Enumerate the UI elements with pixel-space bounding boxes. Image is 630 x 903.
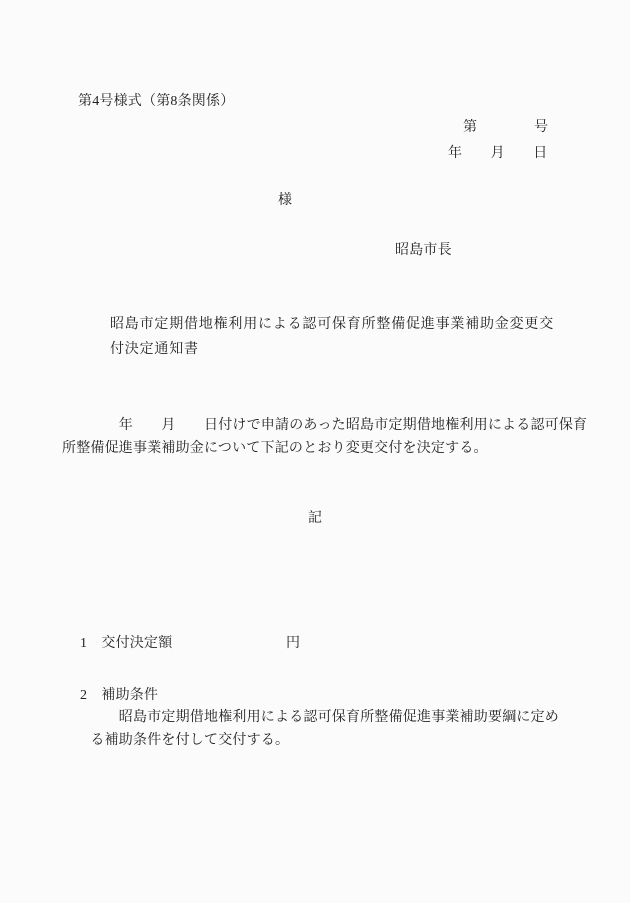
clause-grant-amount: 1 交付決定額 円: [80, 636, 300, 652]
document-number-blank-line: 第 号: [463, 120, 548, 136]
body-paragraph-line1: 年 月 日付けで申請のあった昭島市定期借地権利用による認可保育: [62, 418, 587, 434]
addressee-honorific: 様: [278, 193, 292, 209]
clause-conditions-line1: 昭島市定期借地権利用による認可保育所整備促進事業補助要綱に定め: [62, 710, 559, 726]
document-page: 第4号様式（第8条関係） 第 号 年 月 日 様 昭島市長 昭島市定期借地権利用…: [0, 0, 630, 903]
clause-conditions-line2: る補助条件を付して交付する。: [62, 733, 289, 749]
document-title-line1: 昭島市定期借地権利用による認可保育所整備促進事業補助金変更交: [110, 317, 554, 333]
form-number: 第4号様式（第8条関係）: [78, 94, 234, 110]
record-marker: 記: [308, 511, 322, 527]
clause-conditions-heading: 2 補助条件: [80, 688, 158, 704]
document-title-line2: 付決定通知書: [110, 342, 199, 358]
sender-name: 昭島市長: [395, 243, 452, 259]
date-blank-line: 年 月 日: [448, 146, 547, 162]
body-paragraph-line2: 所整備促進事業補助金について下記のとおり変更交付を決定する。: [62, 441, 488, 457]
